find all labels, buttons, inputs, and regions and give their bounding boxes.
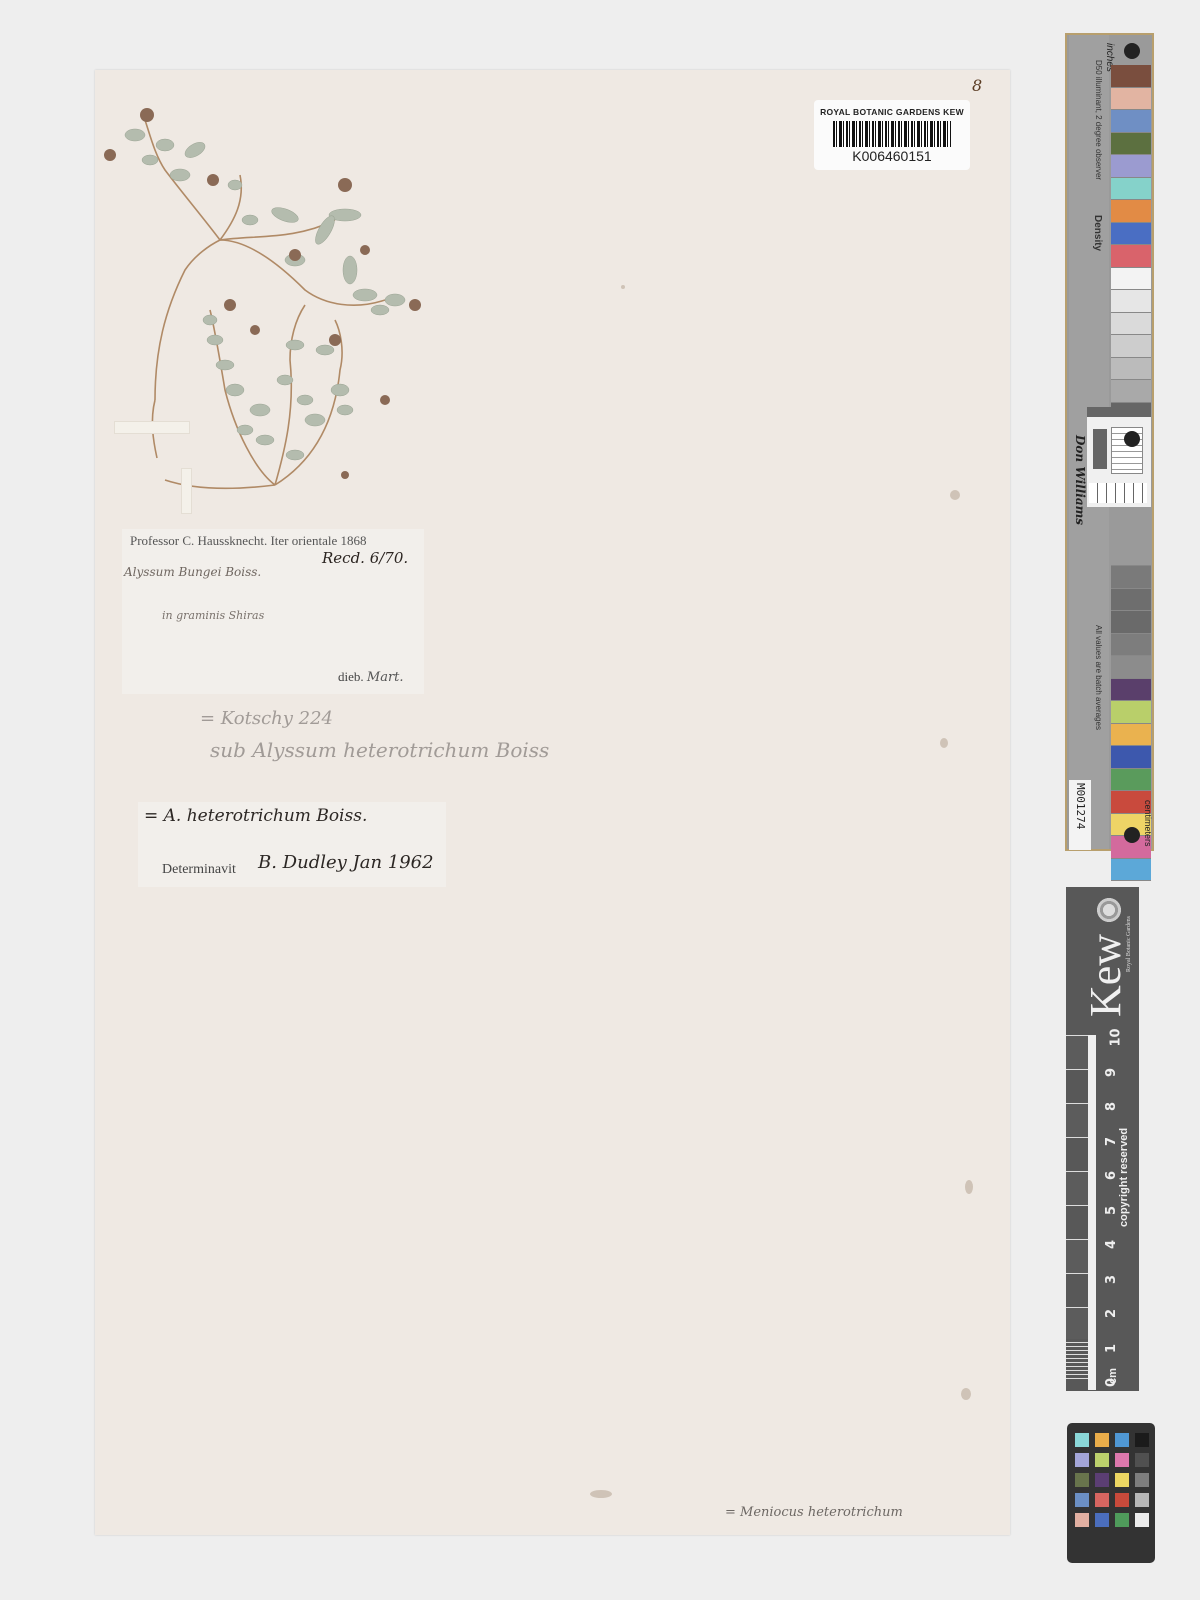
colour-swatch (1111, 746, 1151, 769)
determination-label: = A. heterotrichum Boiss. Determinavit B… (138, 802, 446, 887)
barcode-label: ROYAL BOTANIC GARDENS KEW K006460151 (814, 100, 970, 170)
colour-swatch (1111, 223, 1151, 246)
scale-number: 10 (1109, 1028, 1124, 1046)
checker-cell (1075, 1433, 1089, 1447)
colour-swatch (1111, 656, 1151, 679)
checker-cell (1095, 1453, 1109, 1467)
bottom-annotation: = Meniocus heterotrichum (725, 1505, 903, 1520)
mounting-tape (114, 421, 190, 434)
scale-block (1066, 1069, 1088, 1104)
colour-swatch (1111, 634, 1151, 657)
determination-name: = A. heterotrichum Boiss. (144, 806, 367, 826)
scale-block (1066, 1171, 1088, 1206)
barcode (833, 121, 951, 147)
registration-dot (1124, 827, 1140, 843)
colour-swatch (1111, 380, 1151, 403)
scale-block (1066, 1205, 1088, 1240)
collector-handwritten-locality: in graminis Shiras (162, 609, 264, 622)
collector-printed-header: Professor C. Haussknecht. Iter orientale… (130, 533, 366, 549)
illuminant-text: D50 illuminant, 2 degree observer (1094, 60, 1103, 180)
registration-dot (1124, 43, 1140, 59)
checker-cell (1115, 1433, 1129, 1447)
checker-cell (1115, 1473, 1129, 1487)
colour-swatch (1111, 200, 1151, 223)
sheet-stain (961, 1388, 971, 1400)
mounting-tape (181, 468, 192, 514)
colour-swatch (1111, 358, 1151, 381)
determinavit-label: Determinavit (162, 862, 236, 878)
colour-swatch (1111, 155, 1151, 178)
scale-block (1066, 1239, 1088, 1274)
checker-cell (1095, 1473, 1109, 1487)
scale-blocks (1066, 1035, 1102, 1385)
checker-cell (1115, 1493, 1129, 1507)
barcode-id: K006460151 (814, 148, 970, 164)
density-label: Density (1092, 215, 1103, 251)
colour-swatch (1111, 88, 1151, 111)
colour-swatch (1111, 859, 1151, 882)
checker-cell (1135, 1433, 1149, 1447)
sheet-stain (950, 490, 960, 500)
sheet-stain (940, 738, 948, 748)
checker-cell (1135, 1473, 1149, 1487)
determiner-signature: B. Dudley Jan 1962 (258, 852, 434, 873)
checker-cell (1075, 1493, 1089, 1507)
pressed-plant-specimen (95, 90, 435, 510)
target-ruler (1089, 483, 1147, 503)
colour-swatch (1111, 133, 1151, 156)
colour-swatch (1111, 313, 1151, 336)
colour-swatch (1111, 65, 1151, 88)
checker-cell (1135, 1453, 1149, 1467)
collector-handwritten-name: Alyssum Bungei Boiss. (124, 565, 261, 579)
checker-cell (1075, 1473, 1089, 1487)
scale-number: 3 (1104, 1274, 1119, 1283)
checker-cell (1075, 1513, 1089, 1527)
checker-cell (1135, 1493, 1149, 1507)
pencil-annotation-line2: sub Alyssum heterotrichum Boiss (210, 738, 549, 762)
cm-label: cm (1107, 1368, 1119, 1384)
scale-fine-ticks (1066, 1339, 1088, 1379)
scale-number: 5 (1104, 1205, 1119, 1214)
colour-swatch (1111, 268, 1151, 291)
scale-block (1066, 1273, 1088, 1308)
colour-swatch (1111, 611, 1151, 634)
collector-label: Professor C. Haussknecht. Iter orientale… (122, 529, 424, 694)
scale-block (1066, 1137, 1088, 1172)
pencil-annotation-line1: = Kotschy 224 (200, 708, 333, 729)
sheet-stain (965, 1180, 973, 1194)
sheet-stain (590, 1490, 612, 1498)
colour-checker-card (1067, 1423, 1155, 1563)
scale-block (1066, 1103, 1088, 1138)
colour-swatch (1111, 589, 1151, 612)
checker-cell (1135, 1513, 1149, 1527)
colour-swatch (1111, 335, 1151, 358)
corner-mark: 8 (972, 76, 982, 95)
scale-number: 6 (1104, 1171, 1119, 1180)
scale-block (1066, 1035, 1088, 1070)
scale-number: 4 (1104, 1240, 1119, 1249)
colour-swatch (1111, 679, 1151, 702)
kew-logo: Kew (1080, 934, 1131, 1017)
scale-number: 8 (1104, 1102, 1119, 1111)
colour-swatch (1111, 566, 1151, 589)
colour-swatch (1111, 110, 1151, 133)
checker-cell (1115, 1513, 1129, 1527)
barcode-organization: ROYAL BOTANIC GARDENS KEW (814, 107, 970, 117)
collection-date: dieb. Mart. (338, 669, 404, 685)
colour-swatch (1111, 701, 1151, 724)
checker-cell (1095, 1493, 1109, 1507)
scale-number: 2 (1104, 1309, 1119, 1318)
date-handwritten: Mart. (367, 670, 404, 685)
batch-text: All values are batch averages (1094, 625, 1103, 730)
checker-cell (1075, 1453, 1089, 1467)
scale-number: 7 (1104, 1136, 1119, 1145)
registration-dot (1124, 431, 1140, 447)
colour-swatch (1111, 290, 1151, 313)
kew-scale-bar: Kew Royal Botanic Gardens 109876543210 c… (1066, 887, 1139, 1391)
colour-swatch (1111, 724, 1151, 747)
colour-reference-bar: D50 illuminant, 2 degree observer Densit… (1065, 33, 1154, 851)
brand-label: Don Williams (1073, 435, 1087, 525)
checker-cell (1095, 1513, 1109, 1527)
received-note: Recd. 6/70. (322, 549, 408, 567)
target-id-tag: M001274 (1069, 780, 1091, 850)
copyright-text: copyright reserved (1118, 1128, 1130, 1227)
scale-block (1066, 1307, 1088, 1342)
scale-number: 1 (1104, 1343, 1119, 1352)
colour-swatch (1111, 769, 1151, 792)
target-bar (1093, 429, 1107, 469)
colour-swatch (1111, 178, 1151, 201)
colour-checker-grid (1075, 1433, 1149, 1527)
centimeters-label: centimeters (1143, 800, 1153, 847)
resolution-target (1087, 407, 1151, 507)
date-printed: dieb. (338, 669, 364, 684)
checker-cell (1115, 1453, 1129, 1467)
kew-logo-subtext: Royal Botanic Gardens (1126, 916, 1132, 972)
checker-cell (1095, 1433, 1109, 1447)
target-id: M001274 (1074, 783, 1087, 829)
scale-number: 9 (1104, 1067, 1119, 1076)
sheet-stain (621, 285, 625, 289)
colour-swatch (1111, 245, 1151, 268)
kew-crest-icon (1096, 895, 1122, 925)
